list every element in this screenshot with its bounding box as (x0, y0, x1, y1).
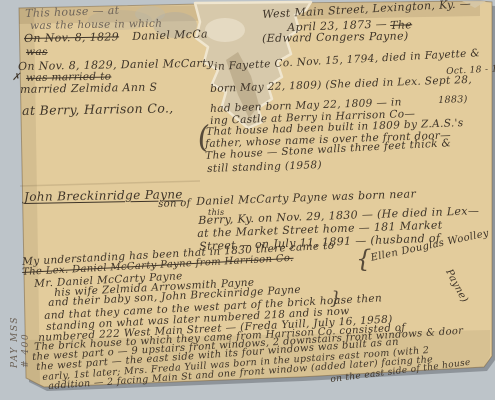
line-this-house: This house — at (25, 5, 120, 19)
line-payne-rotated: Payne) (443, 268, 469, 305)
line-fayette: in Fayette Co. Nov. 15, 1794, died in Fa… (214, 48, 480, 72)
handwriting-layer: This house — atWest Main Street, Lexingt… (0, 0, 495, 400)
line-son-of: son of (158, 199, 191, 210)
line-born-may: born May 22, 1809) (She died in Lex. Sep… (210, 75, 472, 95)
line-daniel-born-near: Daniel McCarty Payne was born near (196, 188, 416, 207)
line-edward-congers: (Edward Congers Payne) (262, 30, 409, 44)
line-still-standing: still standing (1958) (207, 160, 322, 175)
line-daniel-frag: Daniel McCa (132, 28, 208, 42)
line-west-main: West Main Street, Lexington, Ky. — (262, 0, 471, 20)
line-x-mark: ✗ (12, 73, 21, 83)
scanned-note-card-page: PAY MSS # 400 This house — atWest Main S… (0, 0, 495, 400)
line-marriage: On Nov. 8, 1829, Daniel McCarty (18, 58, 214, 72)
line-1883: 1883) (438, 95, 468, 106)
line-date-struck: On Nov. 8, 1829 (24, 31, 119, 44)
line-zelmida: married Zelmida Ann S (20, 82, 157, 95)
line-at-berry: at Berry, Harrison Co., (22, 102, 174, 117)
line-was-struck: was (26, 47, 48, 58)
line-bracket-ellen: { (356, 247, 371, 271)
